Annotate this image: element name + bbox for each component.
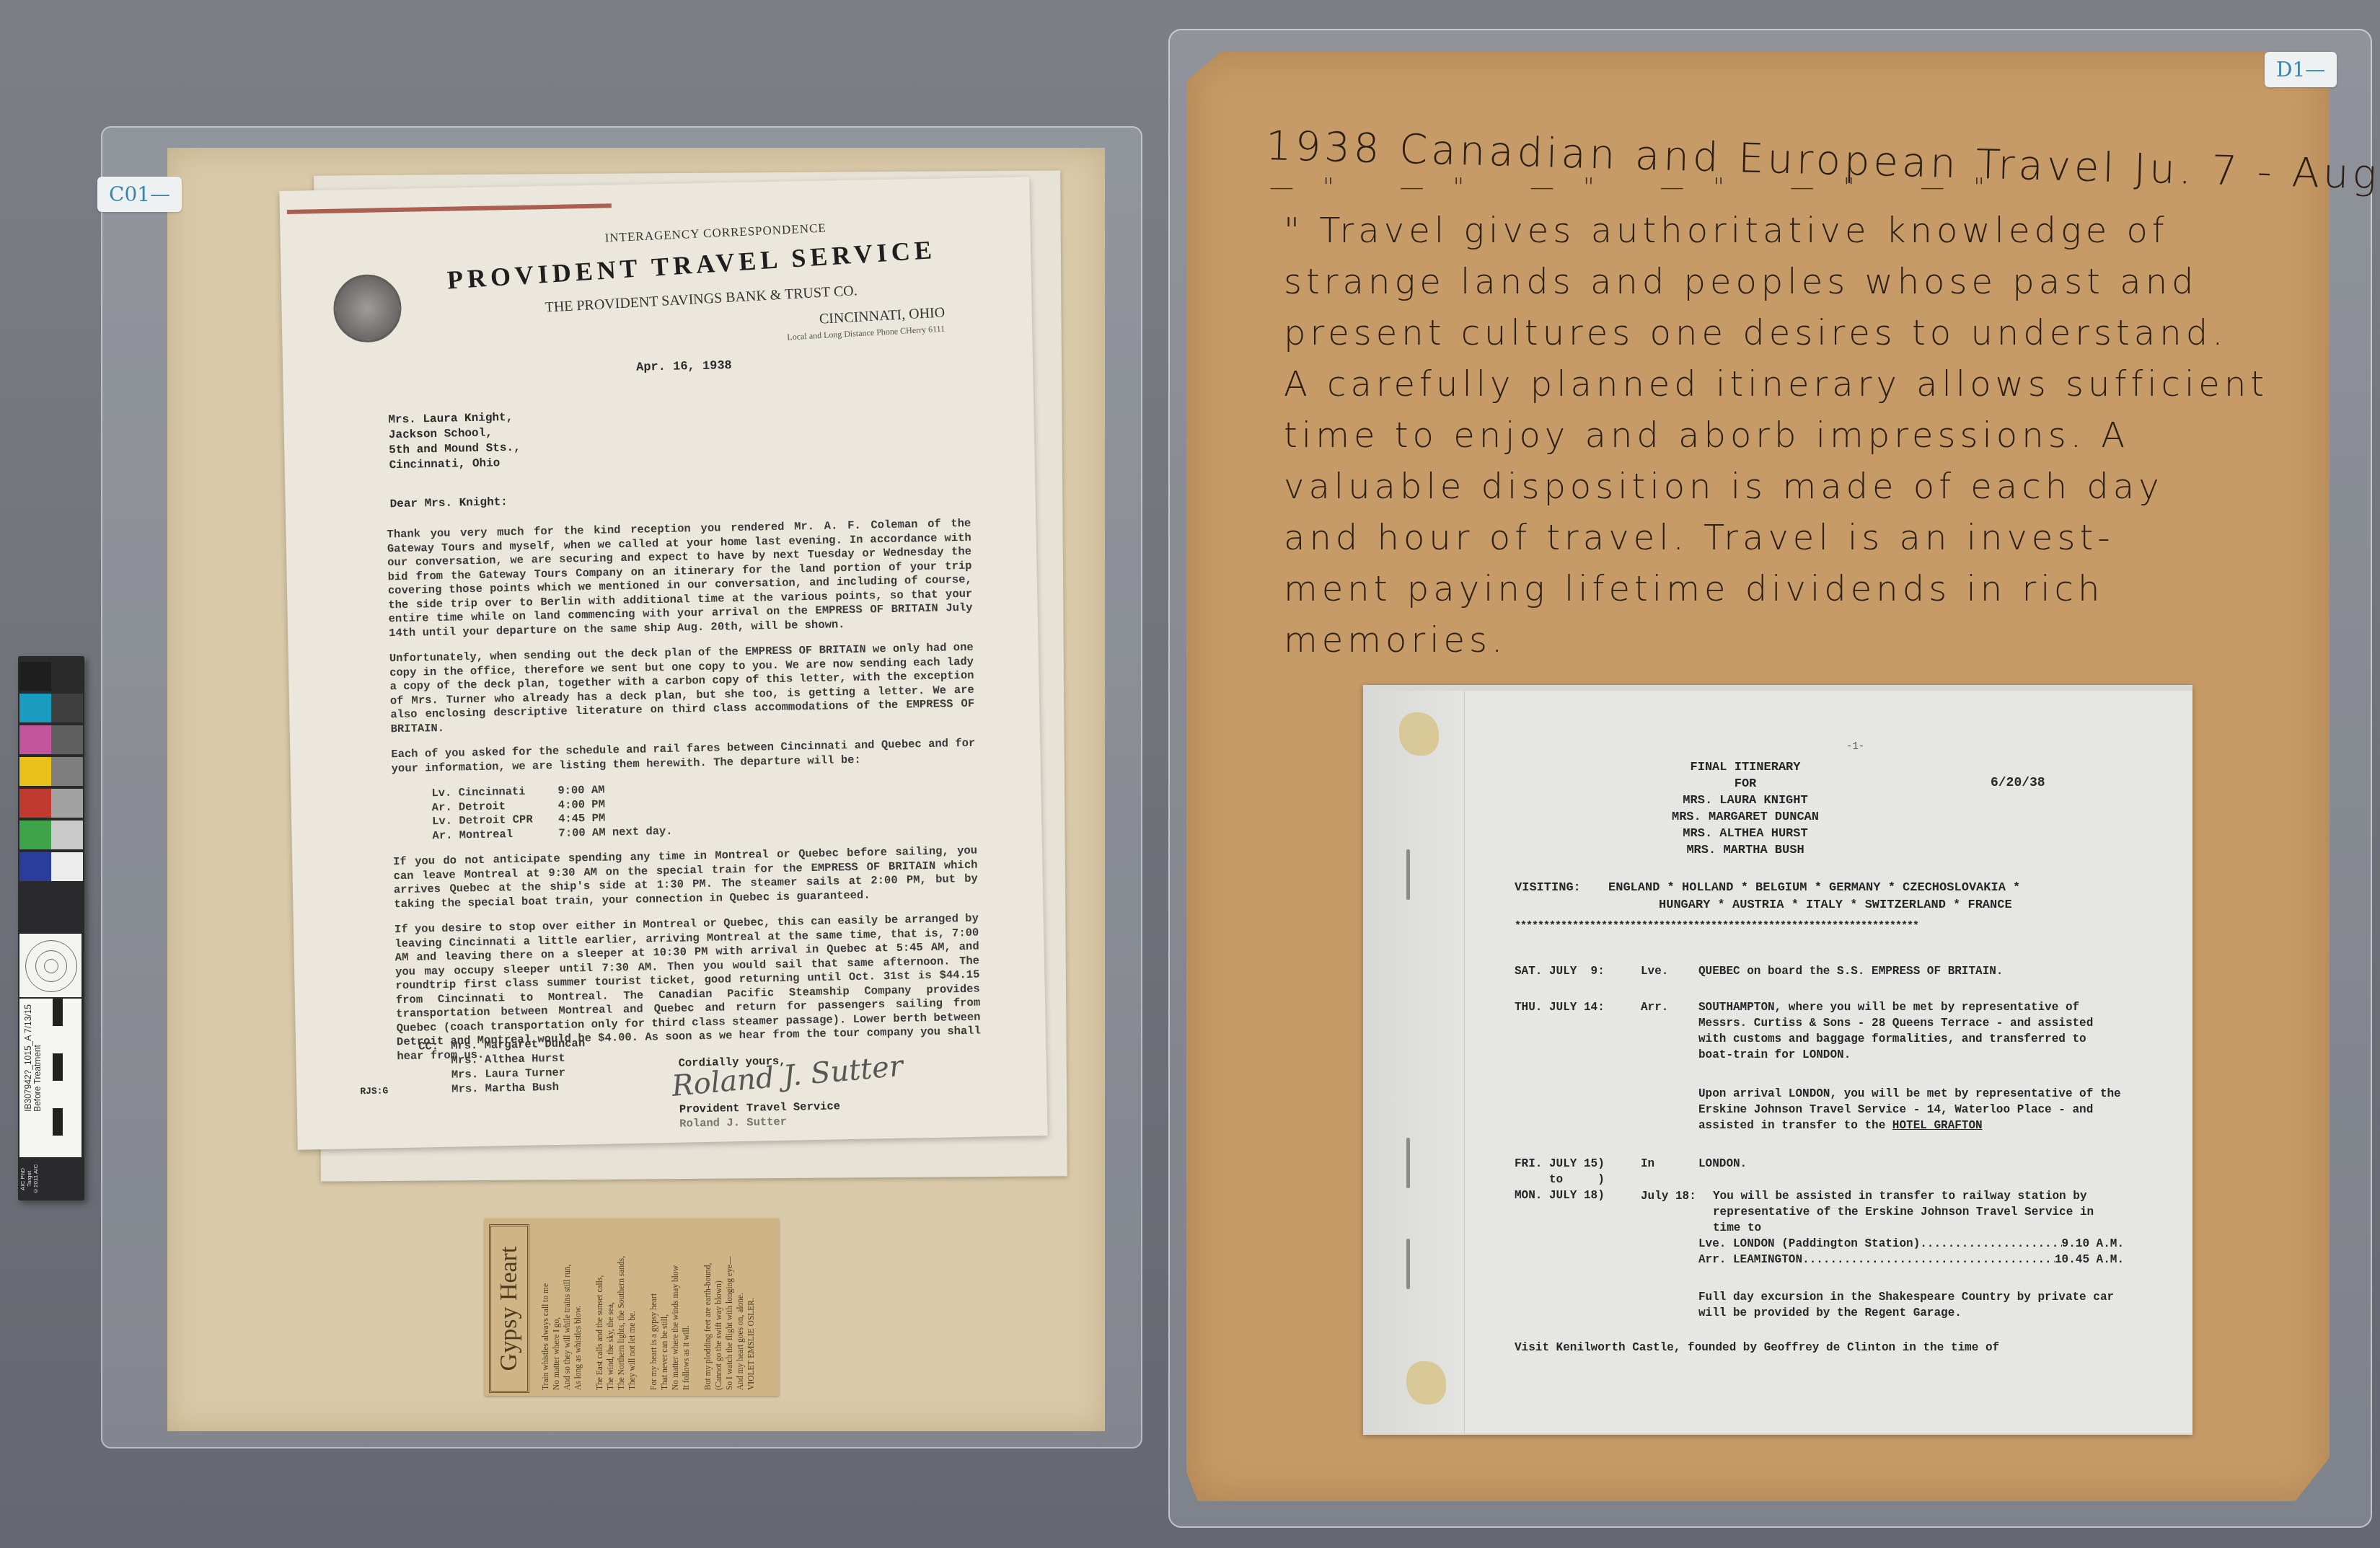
provident-letter: INTERAGENCY CORRESPONDENCE PROVIDENT TRA… [279,177,1047,1150]
salutation: Dear Mrs. Knight: [390,495,508,510]
color-swatch [19,852,51,881]
color-swatch [19,694,51,722]
itinerary-heading: FINAL ITINERARY FOR MRS. LAURA KNIGHT MR… [1637,759,1854,859]
traveler: MRS. MARTHA BUSH [1637,842,1854,859]
itinerary-entry: THU. JULY 14: Arr. SOUTHAMPTON, where yo… [1515,999,2124,1063]
traveler: MRS. ALTHEA HURST [1637,826,1854,842]
quote-line: present cultures one desires to understa… [1284,308,2322,359]
rail-schedule: Lv. Cincinnati9:00 AM Ar. Detroit4:00 PM… [431,777,977,843]
gray-swatch [51,662,83,691]
letterhead-subtitle: INTERAGENCY CORRESPONDENCE [604,221,827,246]
paragraph: Unfortunately, when sending out the deck… [389,641,975,737]
paragraph: Each of you asked for the schedule and r… [391,737,976,777]
letter-date: Apr. 16, 1938 [636,359,732,375]
itinerary-entry: July 18: You will be assisted in transfe… [1515,1188,2124,1236]
visiting-countries: VISITING:ENGLAND * HOLLAND * BELGIUM * G… [1515,880,2020,914]
gray-swatch [51,852,83,881]
cc-name: Mrs. Martha Bush [451,1079,586,1097]
hotel-name: HOTEL GRAFTON [1892,1119,1983,1132]
quote-line: strange lands and peoples whose past and [1284,257,2322,308]
gray-swatch [51,789,83,818]
train-times: Lve. LONDON (Paddington Station) .......… [1698,1236,2124,1268]
itinerary-entry: SAT. JULY 9: Lve. QUEBEC on board the S.… [1515,963,2124,979]
bank-seal-icon [333,274,402,343]
scale-ruler: IB307942?_1015_A 7/13/15Before Treatment [19,999,81,1157]
quote-line: and hour of travel. Travel is an invest- [1284,513,2322,564]
treatment-status-label: Before Treatment [32,1045,43,1112]
folder-tab-label: C01— [97,177,182,212]
gray-swatch [51,757,83,786]
page-number: -1- [1846,741,1864,753]
color-swatch [19,757,51,786]
gray-swatch [51,821,83,849]
color-calibration-target: IB307942?_1015_A 7/13/15Before Treatment… [18,656,84,1200]
color-swatch [19,725,51,754]
cc-name: Mrs. Laura Turner [451,1065,586,1082]
board-tab-label: D1— [2265,52,2337,87]
paragraph: If you do not anticipate spending any ti… [393,844,978,912]
poem-clipping: Gypsy Heart Train whistles always call t… [485,1219,779,1396]
handwritten-quote: " Travel gives authoritative knowledge o… [1284,205,2322,666]
excursion-note: Full day excursion in the Shakespeare Co… [1698,1289,2124,1321]
quote-line: " Travel gives authoritative knowledge o… [1284,205,2322,257]
quote-line: ment paying lifetime dividends in rich [1284,564,2322,615]
cc-list: CC: Mrs. Margaret Duncan Mrs. Althea Hur… [418,1036,586,1097]
train-row: Lve. LONDON (Paddington Station) .......… [1698,1236,2124,1252]
quote-line: valuable disposition is made of each day [1284,461,2322,513]
letter-body: Thank you very much for the kind recepti… [387,517,981,1075]
letterhead-phone: Local and Long Distance Phone CHerry 611… [787,324,946,343]
recipient-address: Mrs. Laura Knight, Jackson School, 5th a… [388,410,521,473]
divider-stars: ****************************************… [1515,920,2106,932]
object-id-label: IB307942?_1015_A 7/13/15 [23,1004,33,1112]
gray-swatch [51,694,83,722]
gray-swatch [51,725,83,754]
poem-title: Gypsy Heart [495,1247,523,1371]
paragraph: Thank you very much for the kind recepti… [387,517,973,641]
target-maker-label: AIC PhD Target ©2011 AIC [19,1161,81,1197]
typist-initials: RJS:G [360,1085,388,1097]
itinerary-entry: Upon arrival LONDON, you will be met by … [1515,1086,2124,1133]
final-itinerary: -1- FINAL ITINERARY FOR MRS. LAURA KNIGH… [1370,691,2192,1433]
traveler: MRS. MARGARET DUNCAN [1637,809,1854,826]
ditto-marks: —" —" —" —" —" —" [1269,173,2014,202]
color-swatch [19,789,51,818]
quote-line: memories. [1284,615,2322,666]
traveler: MRS. LAURA KNIGHT [1637,792,1854,809]
bullseye-target [19,934,81,997]
color-swatch [19,821,51,849]
letterhead-title: PROVIDENT TRAVEL SERVICE [446,234,937,296]
quote-line: A carefully planned itinerary allows suf… [1284,359,2322,410]
kenilworth-note: Visit Kenilworth Castle, founded by Geof… [1515,1340,1999,1355]
poem-text: Train whistles always call to me No matt… [541,1226,772,1390]
letter-edge-stain [287,203,612,214]
quote-line: time to enjoy and aborb impressions. A [1284,410,2322,461]
itinerary-date: 6/20/38 [1991,776,2045,790]
color-swatch [19,662,51,691]
poem-title-box: Gypsy Heart [489,1224,529,1393]
letterhead-bank: THE PROVIDENT SAVINGS BANK & TRUST CO. [545,283,858,316]
train-row: Arr. LEAMINGTON ........................… [1698,1252,2124,1268]
